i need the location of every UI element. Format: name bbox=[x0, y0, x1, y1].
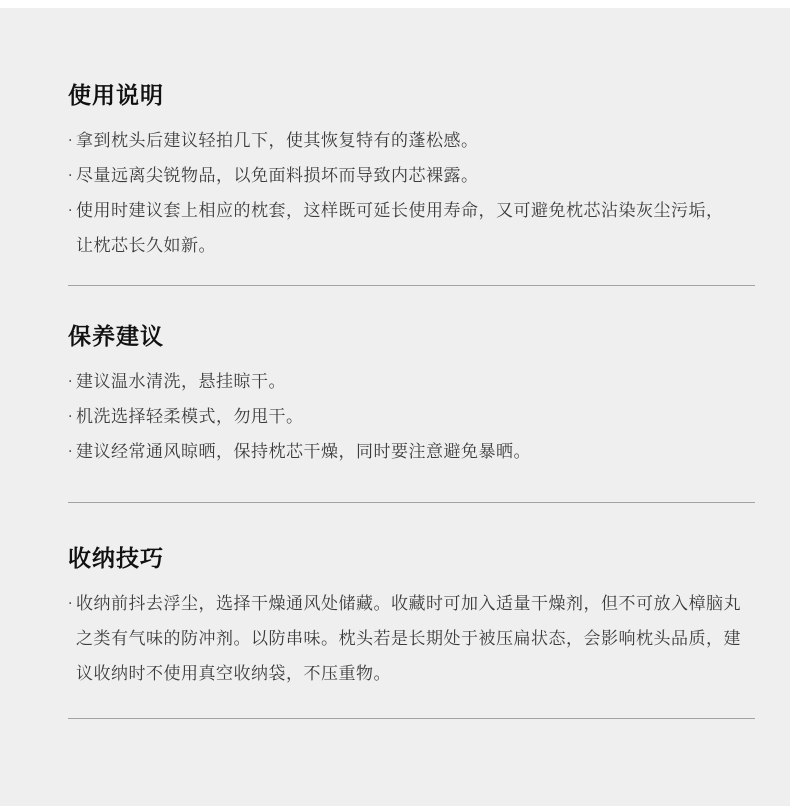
item-list: · 建议温水清洗，悬挂晾干。 · 机洗选择轻柔模式，勿甩干。 · 建议经常通风晾… bbox=[68, 365, 755, 470]
list-item: · 使用时建议套上相应的枕套，这样既可延长使用寿命，又可避免枕芯沾染灰尘污垢，让… bbox=[68, 194, 736, 264]
item-text: 建议温水清洗，悬挂晾干。 bbox=[76, 365, 755, 400]
item-list: · 拿到枕头后建议轻拍几下，使其恢复特有的蓬松感。 · 尽量远离尖锐物品，以免面… bbox=[68, 124, 755, 264]
list-item: · 建议温水清洗，悬挂晾干。 bbox=[68, 365, 755, 400]
bullet-icon: · bbox=[68, 587, 73, 622]
section-care-advice: 保养建议 · 建议温水清洗，悬挂晾干。 · 机洗选择轻柔模式，勿甩干。 · 建议… bbox=[68, 322, 755, 470]
section-usage-instructions: 使用说明 · 拿到枕头后建议轻拍几下，使其恢复特有的蓬松感。 · 尽量远离尖锐物… bbox=[68, 81, 755, 264]
bullet-icon: · bbox=[68, 435, 73, 470]
item-text: 机洗选择轻柔模式，勿甩干。 bbox=[76, 400, 755, 435]
bullet-icon: · bbox=[68, 365, 73, 400]
item-text: 使用时建议套上相应的枕套，这样既可延长使用寿命，又可避免枕芯沾染灰尘污垢，让枕芯… bbox=[76, 194, 736, 264]
list-item: · 收纳前抖去浮尘，选择干燥通风处储藏。收藏时可加入适量干燥剂，但不可放入樟脑丸… bbox=[68, 587, 756, 692]
section-storage-tips: 收纳技巧 · 收纳前抖去浮尘，选择干燥通风处储藏。收藏时可加入适量干燥剂，但不可… bbox=[68, 544, 755, 692]
item-text: 尽量远离尖锐物品，以免面料损坏而导致内芯裸露。 bbox=[76, 159, 755, 194]
list-item: · 尽量远离尖锐物品，以免面料损坏而导致内芯裸露。 bbox=[68, 159, 755, 194]
divider bbox=[68, 285, 755, 286]
section-title: 收纳技巧 bbox=[68, 544, 755, 574]
item-text: 拿到枕头后建议轻拍几下，使其恢复特有的蓬松感。 bbox=[76, 124, 755, 159]
divider bbox=[68, 718, 755, 719]
bullet-icon: · bbox=[68, 124, 73, 159]
section-title: 保养建议 bbox=[68, 322, 755, 352]
item-list: · 收纳前抖去浮尘，选择干燥通风处储藏。收藏时可加入适量干燥剂，但不可放入樟脑丸… bbox=[68, 587, 755, 692]
section-title: 使用说明 bbox=[68, 81, 755, 111]
bullet-icon: · bbox=[68, 400, 73, 435]
page: 使用说明 · 拿到枕头后建议轻拍几下，使其恢复特有的蓬松感。 · 尽量远离尖锐物… bbox=[0, 8, 790, 806]
item-text: 收纳前抖去浮尘，选择干燥通风处储藏。收藏时可加入适量干燥剂，但不可放入樟脑丸之类… bbox=[76, 587, 756, 692]
bullet-icon: · bbox=[68, 194, 73, 229]
list-item: · 机洗选择轻柔模式，勿甩干。 bbox=[68, 400, 755, 435]
list-item: · 拿到枕头后建议轻拍几下，使其恢复特有的蓬松感。 bbox=[68, 124, 755, 159]
item-text: 建议经常通风晾晒，保持枕芯干燥，同时要注意避免暴晒。 bbox=[76, 435, 755, 470]
list-item: · 建议经常通风晾晒，保持枕芯干燥，同时要注意避免暴晒。 bbox=[68, 435, 755, 470]
bullet-icon: · bbox=[68, 159, 73, 194]
divider bbox=[68, 502, 755, 503]
